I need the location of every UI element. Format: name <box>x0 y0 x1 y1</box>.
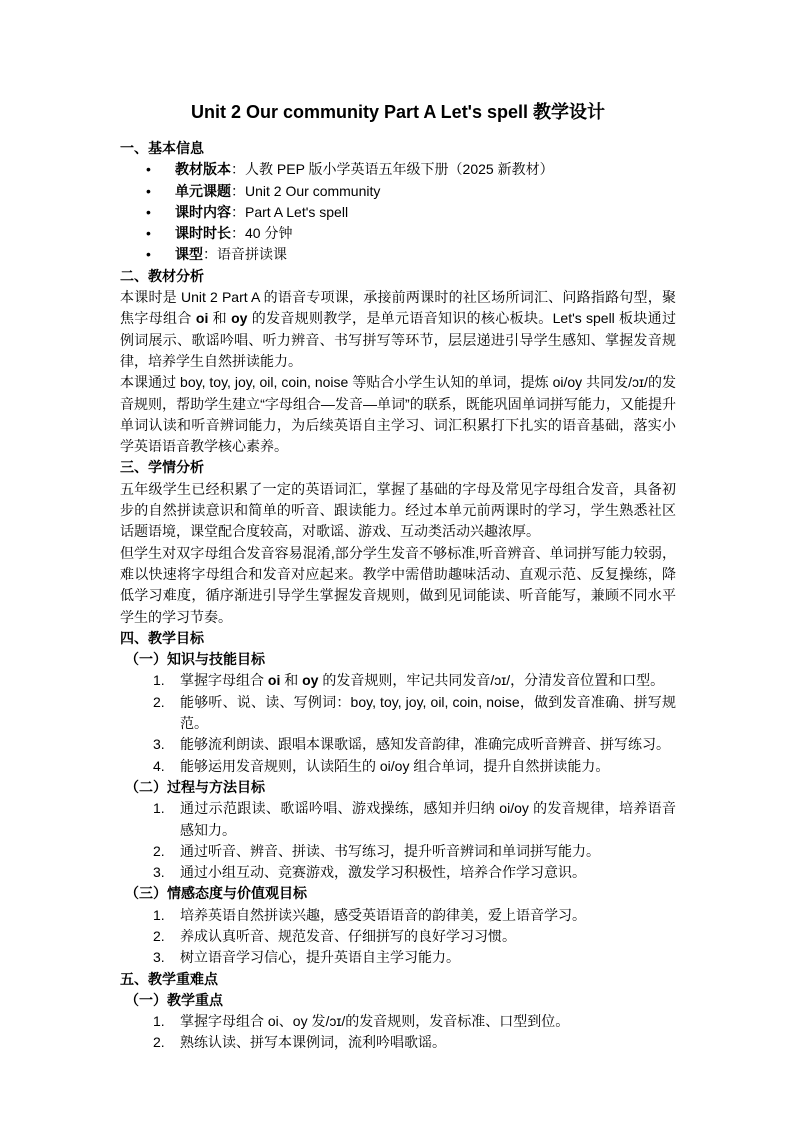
item-text: 能够听、说、读、写例词：boy, toy, joy, oil, coin, no… <box>180 694 676 731</box>
item-label: 单元课题 <box>175 183 231 199</box>
knowledge-goals-list: 1.掌握字母组合 oi 和 oy 的发音规则，牢记共同发音/ɔɪ/，分清发音位置… <box>120 670 676 776</box>
document-title: Unit 2 Our community Part A Let's spell … <box>120 100 676 124</box>
item-number: 2. <box>153 1032 165 1053</box>
item-text: 树立语音学习信心，提升英语自主学习能力。 <box>180 949 460 965</box>
item-text: 养成认真听音、规范发音、仔细拼写的良好学习习惯。 <box>180 928 516 944</box>
subsection-heading-key-points: （一）教学重点 <box>125 990 676 1011</box>
list-item: 4.能够运用发音规则，认读陌生的 oi/oy 组合单词，提升自然拼读能力。 <box>120 756 676 777</box>
item-value: ：Part A Let's spell <box>231 204 348 220</box>
section-heading-material-analysis: 二、教材分析 <box>120 266 676 287</box>
bullet-icon: • <box>146 202 151 223</box>
bullet-icon: • <box>146 223 151 244</box>
text-segment: oi <box>196 310 208 326</box>
text-segment: 和 <box>280 672 302 688</box>
emotion-goals-list: 1.培养英语自然拼读兴趣，感受英语语音的韵律美，爱上语音学习。 2.养成认真听音… <box>120 905 676 969</box>
key-points-list: 1.掌握字母组合 oi、oy 发/ɔɪ/的发音规则，发音标准、口型到位。 2.熟… <box>120 1011 676 1054</box>
document-page: Unit 2 Our community Part A Let's spell … <box>0 0 794 1123</box>
process-goals-list: 1.通过示范跟读、歌谣吟唱、游戏操练，感知并归纳 oi/oy 的发音规律，培养语… <box>120 798 676 883</box>
list-item: •单元课题：Unit 2 Our community <box>120 181 676 202</box>
list-item: 2.通过听音、辨音、拼读、书写练习，提升听音辨词和单词拼写能力。 <box>120 841 676 862</box>
bullet-icon: • <box>146 159 151 180</box>
list-item: •教材版本：人教 PEP 版小学英语五年级下册（2025 新教材） <box>120 159 676 180</box>
list-item: 2.养成认真听音、规范发音、仔细拼写的良好学习习惯。 <box>120 926 676 947</box>
material-analysis-paragraph-1: 本课时是 Unit 2 Part A 的语音专项课，承接前两课时的社区场所词汇、… <box>120 287 676 372</box>
text-segment: 掌握字母组合 <box>180 672 268 688</box>
item-text: 通过听音、辨音、拼读、书写练习，提升听音辨词和单词拼写能力。 <box>180 843 600 859</box>
item-text: 能够流利朗读、跟唱本课歌谣，感知发音韵律，准确完成听音辨音、拼写练习。 <box>180 736 670 752</box>
item-text: 培养英语自然拼读兴趣，感受英语语音的韵律美，爱上语音学习。 <box>180 907 586 923</box>
list-item: 2.能够听、说、读、写例词：boy, toy, joy, oil, coin, … <box>120 692 676 735</box>
item-label: 课型 <box>175 246 203 262</box>
list-item: •课时内容：Part A Let's spell <box>120 202 676 223</box>
bullet-icon: • <box>146 181 151 202</box>
subsection-heading-emotion-goals: （三）情感态度与价值观目标 <box>125 883 676 904</box>
item-text: 通过示范跟读、歌谣吟唱、游戏操练，感知并归纳 oi/oy 的发音规律，培养语音感… <box>180 800 676 837</box>
text-segment: 的发音规则，牢记共同发音/ɔɪ/，分清发音位置和口型。 <box>318 672 664 688</box>
list-item: 2.熟练认读、拼写本课例词，流利吟唱歌谣。 <box>120 1032 676 1053</box>
list-item: 1.掌握字母组合 oi 和 oy 的发音规则，牢记共同发音/ɔɪ/，分清发音位置… <box>120 670 676 691</box>
student-analysis-paragraph-1: 五年级学生已经积累了一定的英语词汇，掌握了基础的字母及常见字母组合发音，具备初步… <box>120 479 676 543</box>
item-value: ：Unit 2 Our community <box>231 183 380 199</box>
subsection-heading-knowledge-goals: （一）知识与技能目标 <box>125 649 676 670</box>
item-number: 2. <box>153 692 165 713</box>
item-label: 课时时长 <box>175 225 231 241</box>
item-text: 掌握字母组合 oi 和 oy 的发音规则，牢记共同发音/ɔɪ/，分清发音位置和口… <box>180 672 664 688</box>
item-text: 通过小组互动、竞赛游戏，激发学习积极性，培养合作学习意识。 <box>180 864 586 880</box>
section-heading-key-points: 五、教学重难点 <box>120 969 676 990</box>
item-text: 掌握字母组合 oi、oy 发/ɔɪ/的发音规则，发音标准、口型到位。 <box>180 1013 569 1029</box>
item-number: 1. <box>153 905 165 926</box>
material-analysis-paragraph-2: 本课通过 boy, toy, joy, oil, coin, noise 等贴合… <box>120 372 676 457</box>
section-heading-student-analysis: 三、学情分析 <box>120 457 676 478</box>
item-number: 3. <box>153 947 165 968</box>
item-number: 2. <box>153 926 165 947</box>
student-analysis-paragraph-2: 但学生对双字母组合发音容易混淆,部分学生发音不够标准,听音辨音、单词拼写能力较弱… <box>120 543 676 628</box>
list-item: •课时时长：40 分钟 <box>120 223 676 244</box>
item-value: ：语音拼读课 <box>203 246 287 262</box>
item-number: 1. <box>153 798 165 819</box>
text-segment: oi <box>268 672 280 688</box>
list-item: 3.树立语音学习信心，提升英语自主学习能力。 <box>120 947 676 968</box>
list-item: 3.通过小组互动、竞赛游戏，激发学习积极性，培养合作学习意识。 <box>120 862 676 883</box>
item-value: ：40 分钟 <box>231 225 292 241</box>
item-number: 1. <box>153 670 165 691</box>
basic-info-list: •教材版本：人教 PEP 版小学英语五年级下册（2025 新教材） •单元课题：… <box>120 159 676 265</box>
item-number: 3. <box>153 862 165 883</box>
bullet-icon: • <box>146 244 151 265</box>
text-segment: oy <box>302 672 318 688</box>
item-number: 2. <box>153 841 165 862</box>
list-item: 1.培养英语自然拼读兴趣，感受英语语音的韵律美，爱上语音学习。 <box>120 905 676 926</box>
item-number: 3. <box>153 734 165 755</box>
item-label: 教材版本 <box>175 161 231 177</box>
subsection-heading-process-goals: （二）过程与方法目标 <box>125 777 676 798</box>
list-item: •课型：语音拼读课 <box>120 244 676 265</box>
item-text: 熟练认读、拼写本课例词，流利吟唱歌谣。 <box>180 1034 446 1050</box>
section-heading-basic-info: 一、基本信息 <box>120 138 676 159</box>
item-number: 4. <box>153 756 165 777</box>
text-segment: 和 <box>208 310 231 326</box>
item-text: 能够运用发音规则，认读陌生的 oi/oy 组合单词，提升自然拼读能力。 <box>180 758 609 774</box>
section-heading-teaching-goals: 四、教学目标 <box>120 628 676 649</box>
list-item: 3.能够流利朗读、跟唱本课歌谣，感知发音韵律，准确完成听音辨音、拼写练习。 <box>120 734 676 755</box>
item-number: 1. <box>153 1011 165 1032</box>
list-item: 1.通过示范跟读、歌谣吟唱、游戏操练，感知并归纳 oi/oy 的发音规律，培养语… <box>120 798 676 841</box>
item-value: ：人教 PEP 版小学英语五年级下册（2025 新教材） <box>231 161 554 177</box>
list-item: 1.掌握字母组合 oi、oy 发/ɔɪ/的发音规则，发音标准、口型到位。 <box>120 1011 676 1032</box>
item-label: 课时内容 <box>175 204 231 220</box>
text-segment: oy <box>231 310 247 326</box>
